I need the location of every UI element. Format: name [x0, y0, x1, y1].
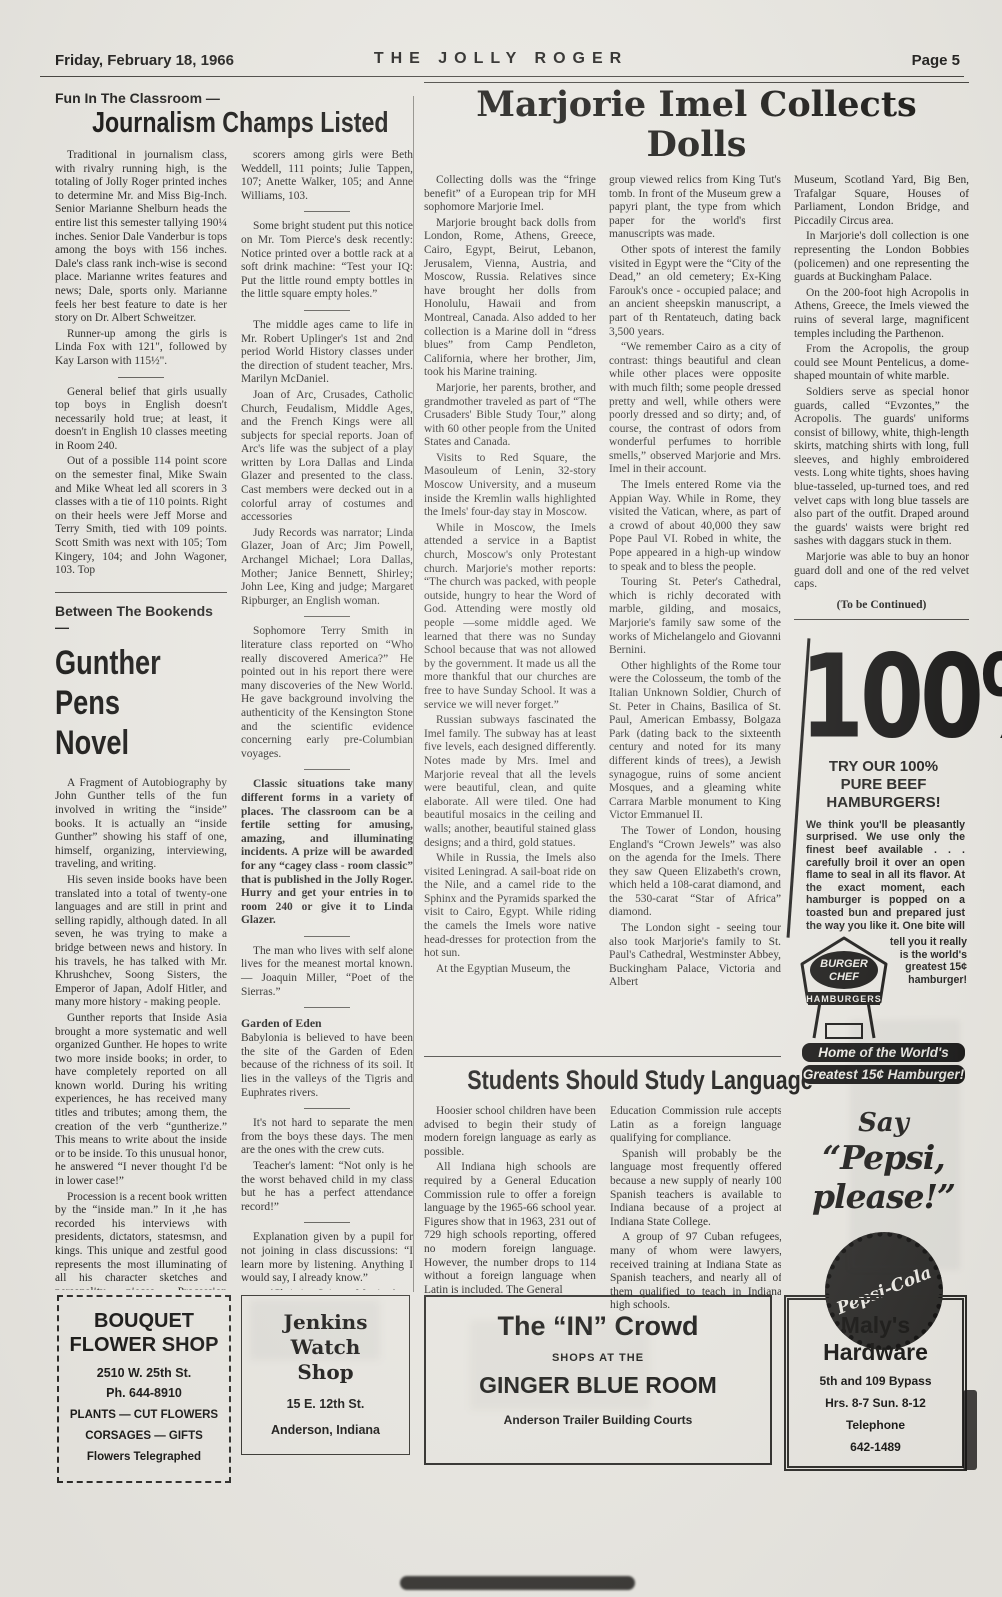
paragraph: Traditional in journalism class, with ri… [55, 149, 227, 326]
paragraph: While in Moscow, the Imels attended a se… [424, 522, 596, 712]
burger-chef-sign-graphic: BURGER CHEF HAMBURGERS [800, 936, 888, 1040]
in-crowd-bottom: Anderson Trailer Building Courts [434, 1413, 762, 1427]
marjorie-col-a: Collecting dolls was the “fringe benefit… [424, 174, 596, 1048]
paragraph: The Imels entered Rome via the Appian Wa… [609, 479, 781, 574]
ginger-blue-room-ad: The “IN” Crowd SHOPS AT THE GINGER BLUE … [424, 1295, 772, 1465]
in-crowd-sub: SHOPS AT THE [434, 1352, 762, 1364]
journalism-headline: Journalism Champs Listed [55, 108, 413, 139]
paragraph: scorers among girls were Beth Weddell, 1… [241, 149, 413, 203]
malys-phone: 642-1489 [793, 1440, 958, 1454]
left-section: Fun In The Classroom — Journalism Champs… [55, 86, 413, 1290]
paragraph: Teacher's lament: “Not only is he the wo… [241, 1160, 413, 1214]
marjorie-col-b: group viewed relics from King Tut's tomb… [609, 174, 781, 1048]
item-divider [304, 1222, 350, 1223]
paragraph: Other highlights of the Rome tour were t… [609, 660, 781, 823]
malys-tel-label: Telephone [793, 1418, 958, 1432]
paragraph: Out of a possible 114 point score on the… [55, 455, 227, 577]
to-be-continued: (To be Continued) [794, 598, 969, 611]
newspaper-page: Friday, February 18, 1966 THE JOLLY ROGE… [0, 0, 1002, 1597]
paragraph: In Marjorie's doll collection is one rep… [794, 230, 969, 284]
paragraph: Museum, Scotland Yard, Big Ben, Trafalga… [794, 174, 969, 228]
bouquet-flower-shop-ad: BOUQUET FLOWER SHOP 2510 W. 25th St. Ph.… [57, 1295, 231, 1483]
paragraph: The Tower of London, housing England's “… [609, 825, 781, 920]
paragraph: Other spots of interest the family visit… [609, 244, 781, 339]
journalism-headline-text: Journalism Champs Listed [92, 108, 389, 139]
paragraph: Marjorie was able to buy an honor guard … [794, 551, 969, 592]
item-divider [304, 616, 350, 617]
jenkins-address: 15 E. 12th St. [248, 1397, 403, 1411]
bouquet-address: 2510 W. 25th St. [63, 1366, 225, 1380]
bouquet-phone: Ph. 644-8910 [63, 1386, 225, 1400]
malys-title-1: Maly's [793, 1312, 958, 1339]
malys-hardware-ad: Maly's Hardware 5th and 109 Bypass Hrs. … [784, 1295, 967, 1471]
item-divider [304, 1007, 350, 1008]
page-number: Page 5 [912, 52, 960, 69]
in-crowd-title: The “IN” Crowd [434, 1311, 762, 1342]
paragraph: The man who lives with self alone lives … [241, 945, 413, 999]
burger-chef-slogan-1: Home of the World's [802, 1043, 965, 1062]
paragraph: Gunther reports that Inside Asia brought… [55, 1012, 227, 1189]
masthead: THE JOLLY ROGER [0, 50, 1002, 68]
paragraph: Marjorie brought back dolls from London,… [424, 217, 596, 380]
item-divider [304, 769, 350, 770]
paragraph: Visits to Red Square, the Masouleum of L… [424, 452, 596, 520]
gunther-headline: Gunther Pens Novel [55, 643, 227, 763]
paragraph: From the Acropolis, the group could see … [794, 343, 969, 384]
paragraph: Classic situations take many different f… [241, 778, 413, 928]
item-divider [304, 211, 350, 212]
garden-of-eden-subhead: Garden of Eden [241, 1016, 413, 1031]
item-divider [304, 310, 350, 311]
pepsi-line-2: please!” [804, 1177, 963, 1216]
bouquet-title-1: BOUQUET [63, 1309, 225, 1333]
burger-chef-100-percent: 100% [800, 644, 967, 752]
paragraph: At the Egyptian Museum, the [424, 963, 596, 977]
jenkins-title-2: Shop [248, 1360, 403, 1385]
journalism-kicker: Fun In The Classroom — [55, 90, 413, 106]
gunther-article: Between The Bookends — Gunther Pens Nove… [55, 592, 227, 1290]
paragraph: Touring St. Peter's Cathedral, which is … [609, 576, 781, 658]
jenkins-watch-shop-ad: Jenkins Watch Shop 15 E. 12th St. Anders… [241, 1295, 410, 1455]
svg-text:CHEF: CHEF [829, 971, 859, 983]
source-credit: (Christian Science Monitor) [241, 1288, 413, 1290]
marjorie-left-subregion: Collecting dolls was the “fringe benefit… [424, 174, 781, 1368]
paragraph: Hoosier school children have been advise… [424, 1105, 596, 1159]
burger-chef-tail-copy: tell you it really is the world's greate… [888, 936, 967, 1040]
burger-chef-heading: TRY OUR 100% PURE BEEF HAMBURGERS! [800, 758, 967, 812]
svg-text:HAMBURGERS: HAMBURGERS [806, 994, 882, 1004]
paragraph: Soldiers serve as special honor guards, … [794, 386, 969, 549]
paragraph: Procession is a recent book written by t… [55, 1191, 227, 1290]
jenkins-city: Anderson, Indiana [248, 1423, 403, 1437]
paragraph: Babylonia is believed to have been the s… [241, 1032, 413, 1100]
bouquet-line-1: PLANTS — CUT FLOWERS [63, 1409, 225, 1421]
paragraph: It's not hard to separate the men from t… [241, 1117, 413, 1158]
marjorie-headline: Marjorie Imel Collects Dolls [424, 85, 969, 165]
burger-chef-ad: 100% TRY OUR 100% PURE BEEF HAMBURGERS! … [794, 619, 969, 1084]
jenkins-title-1: Jenkins Watch [248, 1310, 403, 1360]
item-divider [118, 377, 164, 378]
paragraph: Russian subways fascinated the Imel fami… [424, 714, 596, 850]
malys-hours: Hrs. 8-7 Sun. 8-12 [793, 1396, 958, 1410]
paragraph: A Fragment of Autobiography by John Gunt… [55, 777, 227, 872]
paragraph: Judy Records was narrator; Linda Glazer,… [241, 527, 413, 609]
paragraph: General belief that girls usually top bo… [55, 386, 227, 454]
paragraph: “We remember Cairo as a city of contrast… [609, 341, 781, 477]
paragraph: The middle ages came to life in Mr. Robe… [241, 319, 413, 387]
paragraph: Some bright student put this notice on M… [241, 220, 413, 302]
pepsi-say: Say [804, 1108, 963, 1138]
paragraph: Collecting dolls was the “fringe benefit… [424, 174, 596, 215]
malys-title-2: Hardware [793, 1339, 958, 1366]
paragraph: Sophomore Terry Smith in literature clas… [241, 625, 413, 761]
svg-text:BURGER: BURGER [820, 958, 868, 970]
burger-chef-logo: BURGER CHEF HAMBURGERS [800, 936, 888, 1040]
gunther-kicker: Between The Bookends — [55, 603, 227, 635]
students-headline-text: Students Should Study Language [467, 1065, 813, 1095]
scan-artifact [400, 1576, 635, 1590]
heading-line-2: PURE BEEF HAMBURGERS! [800, 776, 967, 812]
burger-chef-slogan-2: Greatest 15¢ Hamburger! [802, 1065, 965, 1084]
paragraph: While in Russia, the Imels also visited … [424, 852, 596, 961]
paragraph: Spanish will probably be the language mo… [610, 1148, 781, 1230]
paragraph: On the 200-foot high Acropolis in Athens… [794, 287, 969, 341]
paragraph: Runner-up among the girls is Linda Fox w… [55, 328, 227, 369]
paragraph: All Indiana high schools are required by… [424, 1161, 596, 1297]
headline-rule [424, 82, 969, 83]
burger-chef-body-copy: We think you'll be pleasantly surprised.… [800, 819, 967, 932]
item-divider [304, 936, 350, 937]
journalism-col-2: scorers among girls were Beth Weddell, 1… [241, 149, 413, 1290]
gunther-headline-text: Gunther Pens Novel [55, 643, 193, 763]
right-section: Marjorie Imel Collects Dolls Collecting … [424, 82, 969, 1368]
pepsi-line-1: “Pepsi, [804, 1138, 963, 1177]
paragraph: Explanation given by a pupil for not joi… [241, 1231, 413, 1285]
bouquet-line-2: CORSAGES — GIFTS [63, 1430, 225, 1442]
journalism-col-1: Traditional in journalism class, with ri… [55, 149, 227, 1290]
students-headline: Students Should Study Language [424, 1065, 781, 1095]
bouquet-line-3: Flowers Telegraphed [63, 1451, 225, 1463]
header-rule [40, 76, 964, 77]
paragraph: group viewed relics from King Tut's tomb… [609, 174, 781, 242]
bouquet-title-2: FLOWER SHOP [63, 1333, 225, 1357]
ginger-blue-room-name: GINGER BLUE ROOM [434, 1372, 762, 1399]
paragraph: The London sight - seeing tour also took… [609, 922, 781, 990]
malys-address: 5th and 109 Bypass [793, 1374, 958, 1388]
item-divider [304, 1108, 350, 1109]
paragraph: Joan of Arc, Crusades, Catholic Church, … [241, 389, 413, 525]
marjorie-col-c: Museum, Scotland Yard, Big Ben, Trafalga… [794, 174, 969, 1368]
paragraph: Education Commission rule accepts Latin … [610, 1105, 781, 1146]
paragraph: Marjorie, her parents, brother, and gran… [424, 382, 596, 450]
paragraph: His seven inside books have been transla… [55, 874, 227, 1010]
column-rule [413, 96, 414, 1292]
